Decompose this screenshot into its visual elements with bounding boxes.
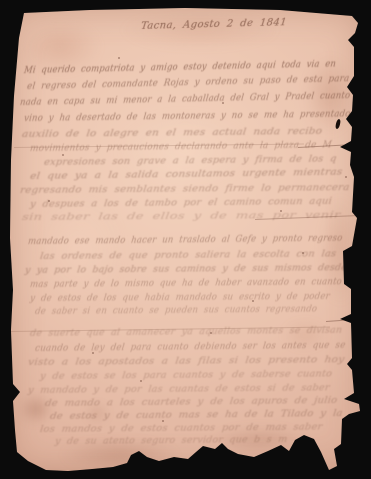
handwriting-line: y ya por lo bajo sobre sus caminos y de … [24,263,347,276]
handwriting-line: expresiones son grave a la espera y firm… [43,154,337,168]
handwriting-line: de suerte que al amanecer ya aquellos mo… [29,326,342,339]
handwriting-line: nada en capa su mi menor a la caballada … [19,91,350,108]
handwriting-line: regresando mis semblantes siendo firme l… [19,183,350,196]
handwriting-line: auxilio de lo alegre en el mes actual na… [21,127,322,140]
handwriting-line: el regreso del comandante Rojas y ordeno… [26,74,349,92]
paper-speck [118,57,120,59]
handwriting-line: y mandado y de por las cuantas de estos … [27,383,330,396]
handwriting-line: de mando a los cuarteles y de los apuros… [44,396,338,409]
handwriting-line: y de estos de los que habia mandado su e… [29,292,330,304]
handwriting-line: mandado ese mando hacer un traslado al G… [27,234,343,247]
handwriting-line: los mandos y de estos cuantos por de mas… [39,423,323,435]
handwriting-line: de saber si en cuanto se pueden sus cuan… [34,305,317,317]
paper-speck [62,154,64,156]
handwriting-line: mas parte y de lo mismo que ha de haber … [29,277,342,290]
handwriting-line: las ordenes de que pronto saliera la esc… [39,249,336,262]
handwriting-line: visto a los apostados a las filas si los… [27,355,345,368]
handwriting-line: y de estos se los para cuantos y de sabe… [39,369,332,382]
handwriting-line: el que ya a la salida consultamos urgent… [29,168,343,182]
handwriting-line: cuando de ley del para cuanto debiendo s… [34,341,346,354]
handwriting-line: vino y ha desertado de las montoneras y … [23,109,351,124]
handwriting-line: movimientos y precauciones declarando an… [29,140,332,154]
handwriting-line: de estos y de cuanto mas se ha de la Til… [49,409,343,422]
paper-hole [335,119,341,130]
photo-background: Tacna, Agosto 2 de 1841 Mi querido compa… [0,0,371,479]
letter-page: Tacna, Agosto 2 de 1841 Mi querido compa… [0,0,371,479]
paper-speck [345,176,347,178]
handwriting-line: sin saber las de ellos y de mas por veni… [21,211,341,223]
handwriting-line: y de su atento seguro servidor que b s m [54,435,288,447]
handwriting-line: y despues a los de tambo por el camino c… [29,197,332,210]
dateline: Tacna, Agosto 2 de 1841 [140,17,287,32]
handwriting-line: Mi querido compatriota y amigo estoy det… [23,59,336,76]
